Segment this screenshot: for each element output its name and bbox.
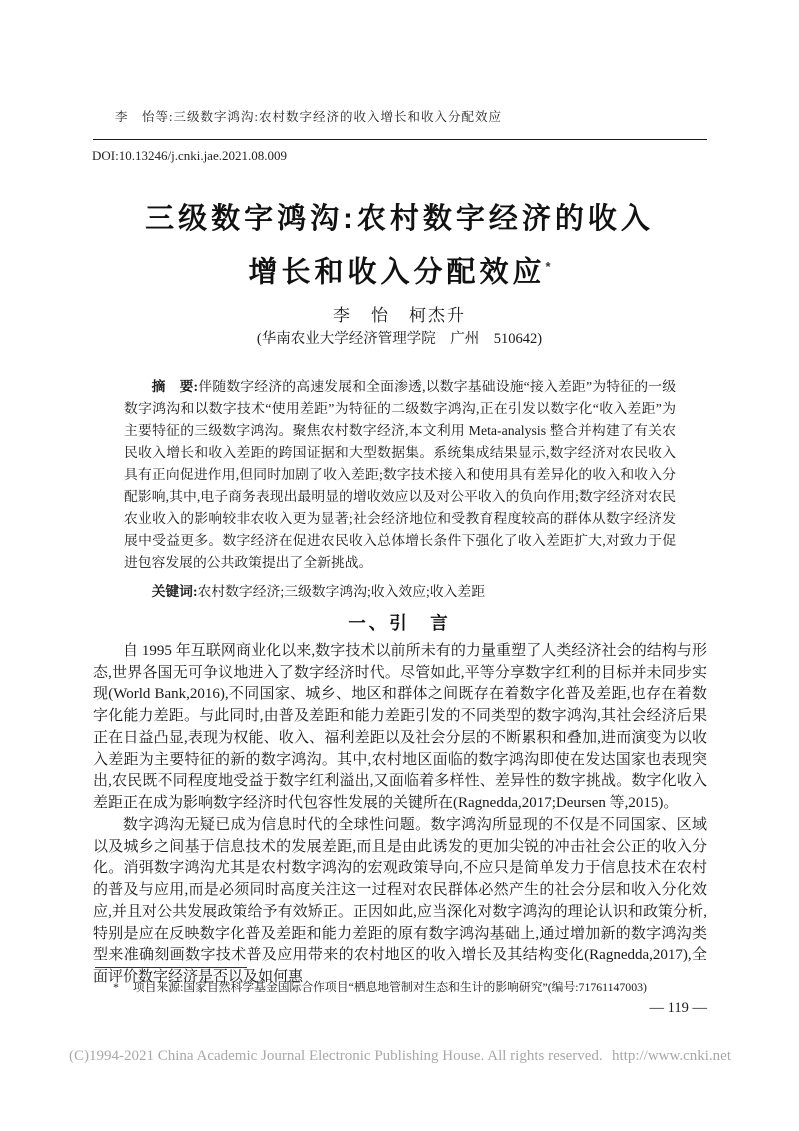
footnote-text: 项目来源:国家自然科学基金国际合作项目“栖息地管制对生态和生计的影响研究”(编号… (133, 980, 647, 994)
keywords-text: 农村数字经济;三级数字鸿沟;收入效应;收入差距 (198, 584, 485, 599)
doi: DOI:10.13246/j.cnki.jae.2021.08.009 (92, 148, 287, 164)
running-head: 李 怡等:三级数字鸿沟:农村数字经济的收入增长和收入分配效应 (115, 107, 502, 125)
article-title: 三级数字鸿沟:农村数字经济的收入增长和收入分配效应* (0, 196, 799, 297)
body-paragraph-1: 自 1995 年互联网商业化以来,数字技术以前所未有的力量重塑了人类经济社会的结… (93, 641, 707, 815)
footnote-divider (95, 967, 247, 968)
title-line-2: 增长和收入分配效应 (248, 257, 545, 289)
keywords-label: 关键词: (152, 584, 198, 599)
keywords: 关键词:农村数字经济;三级数字鸿沟;收入效应;收入差距 (124, 581, 676, 603)
copyright-url: http://www.cnki.net (612, 1048, 731, 1065)
copyright-text: (C)1994-2021 China Academic Journal Elec… (69, 1048, 603, 1065)
title-footnote-mark: * (545, 259, 550, 274)
abstract-label: 摘 要: (152, 379, 199, 394)
affiliation: (华南农业大学经济管理学院 广州 510642) (0, 327, 799, 348)
footnote: *项目来源:国家自然科学基金国际合作项目“栖息地管制对生态和生计的影响研究”(编… (95, 979, 727, 996)
footnote-mark: * (113, 980, 119, 994)
section-heading-introduction: 一、引 言 (0, 610, 799, 635)
page-number: — 119 — (93, 1000, 707, 1017)
paper-page: 李 怡等:三级数字鸿沟:农村数字经济的收入增长和收入分配效应 DOI:10.13… (0, 0, 799, 1131)
copyright-bar: (C)1994-2021 China Academic Journal Elec… (69, 1048, 731, 1065)
abstract-text: 伴随数字经济的高速发展和全面渗透,以数字基础设施“接入差距”为特征的一级数字鸿沟… (124, 379, 676, 570)
body-paragraph-2: 数字鸿沟无疑已成为信息时代的全球性问题。数字鸿沟所显现的不仅是不同国家、区域以及… (93, 815, 707, 989)
authors: 李 怡 柯杰升 (0, 301, 799, 326)
title-line-1: 三级数字鸿沟:农村数字经济的收入 (145, 203, 654, 235)
header-divider (93, 139, 707, 140)
abstract: 摘 要:伴随数字经济的高速发展和全面渗透,以数字基础设施“接入差距”为特征的一级… (124, 376, 676, 574)
